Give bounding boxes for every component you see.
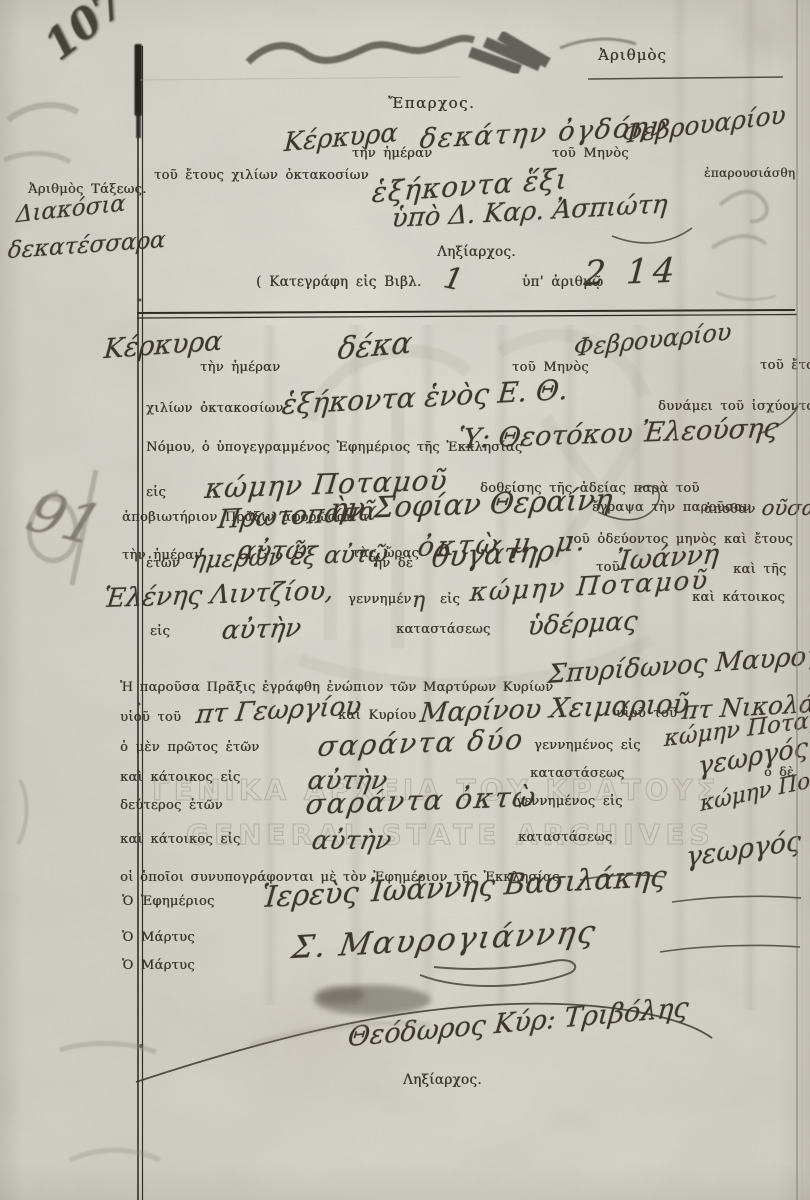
margin-ghost-number: 91 xyxy=(19,480,111,559)
condition-label: καταστάσεως xyxy=(396,622,491,637)
document-page: ΓΕΝΙΚΑ ΑΡΧΕΙΑ ΤΟΥ ΚΡΑΤΟΥΣ GENERAL STATE … xyxy=(0,0,810,1200)
residence-handwritten: αὐτὴν xyxy=(220,613,303,646)
born1-label: γεννημένος εἰς xyxy=(534,738,641,753)
born-ending-handwritten: η xyxy=(412,588,425,613)
law-label-1: δυνάμει τοῦ ἰσχύοντος xyxy=(658,399,810,414)
martys-signature: Σ. Μαυρογιάννης xyxy=(289,914,600,966)
condition2-label: καταστάσεως xyxy=(518,830,613,845)
eparch-heading: Ἔπαρχος. xyxy=(388,94,475,112)
and-mr-label: καὶ Κυρίου xyxy=(338,708,416,723)
watermark-english: GENERAL STATE ARCHIVES xyxy=(186,818,715,851)
resident-label: καὶ κάτοικος xyxy=(692,590,785,605)
second-aged-label: δεύτερος ἐτῶν xyxy=(120,798,223,813)
act-month-label: τοῦ Μηνὸς xyxy=(512,360,589,375)
who-was-label: ἣν δὲ xyxy=(374,556,413,571)
mother-name-handwritten: Ἑλένης Λιντζίου, xyxy=(102,576,335,614)
presented-label: ἐπαρουσιάσθη xyxy=(704,166,795,180)
resident2-label: καὶ κάτοικος εἰς xyxy=(120,832,240,847)
aged-label: ἐτῶν xyxy=(146,556,180,571)
recorded-in-book-label: ( Κατεγράφη εἰς Βιβλ. xyxy=(256,274,421,290)
margin-rule xyxy=(138,46,143,1200)
efimerios-label: Ὁ Ἐφημέριος xyxy=(122,894,215,909)
born-label: γεννημέν xyxy=(348,592,412,607)
header-month-label: τοῦ Μηνὸς xyxy=(552,146,629,161)
at-label: εἰς xyxy=(146,485,166,500)
condition-handwritten: ὑδέρμας xyxy=(527,606,639,642)
header-year-label: τοῦ ἔτους χιλίων ὀκτακοσίων xyxy=(154,168,369,183)
and-of-label: καὶ τῆς xyxy=(733,562,787,577)
header-registrar-label: Ληξίαρχος. xyxy=(437,244,516,260)
paper-stain xyxy=(718,0,810,70)
entry-number-handwritten: 2 14 xyxy=(583,251,681,294)
top-ink-scribble xyxy=(248,35,636,70)
act-year2-label: χιλίων ὀκτακοσίων xyxy=(146,401,283,416)
registrar-label: Ληξίαρχος. xyxy=(403,1072,482,1088)
act-year-label: τοῦ ἔτους xyxy=(760,358,810,373)
resident1-label: καὶ κάτοικος εἰς xyxy=(120,770,240,785)
in-label: εἰς xyxy=(440,592,460,607)
order-number-handwritten-2: δεκατέσσαρα xyxy=(7,227,166,264)
act-day-handwritten: δέκα xyxy=(336,325,414,367)
header-month-handwritten: Φεβρουαρίου xyxy=(621,100,786,150)
relation-handwritten: θυγάτηρ xyxy=(430,533,557,574)
in2-label: εἰς xyxy=(150,624,170,639)
witness2-residence-handwritten: αὐτὴν xyxy=(309,826,393,856)
son-of-label-1: υἱοῦ τοῦ xyxy=(120,710,181,725)
page-number-handwritten: 107 xyxy=(35,0,134,70)
died-ending-handwritten: οῦσα xyxy=(760,496,810,520)
efimerios-signature: Ἱερεὺς Ἰωάννης Βασιλάκης xyxy=(261,859,669,914)
number-label: Ἀριθμὸς xyxy=(598,46,667,64)
first-aged-label: ὁ μὲν πρῶτος ἐτῶν xyxy=(120,740,259,755)
born2-label: γεννημένος εἰς xyxy=(516,794,623,809)
martys2-label: Ὁ Μάρτυς xyxy=(122,958,195,973)
act-day-label: τὴν ἡμέραν xyxy=(200,360,280,375)
efimerios-dash xyxy=(672,896,801,902)
margin-rule-ink-blob xyxy=(135,44,143,116)
martys1-label: Ὁ Μάρτυς xyxy=(122,930,195,945)
condition1-label: καταστάσεως xyxy=(530,766,625,781)
section-divider-rule xyxy=(137,310,797,318)
book-number-handwritten: 1 xyxy=(440,260,466,298)
son-of-label-2: υἱοῦ τοῦ xyxy=(616,706,677,721)
died-label: ἀποθαν xyxy=(704,502,755,517)
